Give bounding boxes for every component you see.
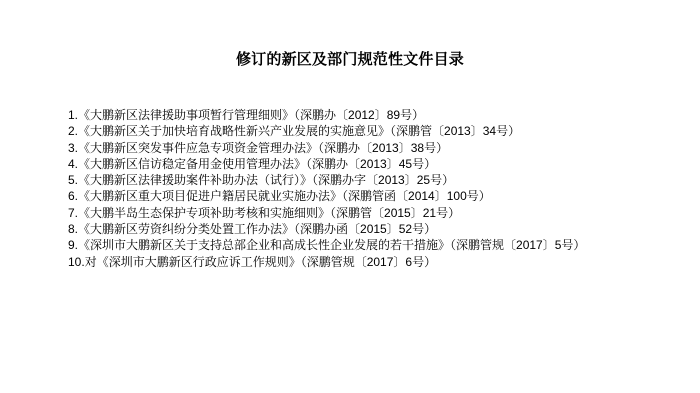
item-number: 3. [68,141,78,155]
item-doc-number: （深鹏办〔2012〕89号） [294,108,424,122]
item-number: 10. [68,255,85,269]
document-list: 1.《大鹏新区法律援助事项暂行管理细则》（深鹏办〔2012〕89号） 2.《大鹏… [0,107,700,270]
item-number: 1. [68,108,78,122]
item-doc-number: （深鹏管规〔2017〕5号） [450,238,585,252]
item-number: 5. [68,173,78,187]
item-doc-number: （深鹏办字〔2013〕25号） [312,173,454,187]
item-title: 《大鹏新区突发事件应急专项资金管理办法》 [78,141,318,155]
list-item: 7.《大鹏半岛生态保护专项补助考核和实施细则》（深鹏管〔2015〕21号） [68,205,680,221]
item-title: 《大鹏新区重大项目促进户籍居民就业实施办法》 [78,189,342,203]
item-number: 4. [68,157,78,171]
item-title: 《大鹏半岛生态保护专项补助考核和实施细则》 [78,206,330,220]
item-title: 《大鹏新区法律援助事项暂行管理细则》 [78,108,294,122]
item-number: 6. [68,189,78,203]
list-item: 1.《大鹏新区法律援助事项暂行管理细则》（深鹏办〔2012〕89号） [68,107,680,123]
item-doc-number: （深鹏管〔2015〕21号） [330,206,460,220]
document-page: 修订的新区及部门规范性文件目录 1.《大鹏新区法律援助事项暂行管理细则》（深鹏办… [0,0,700,393]
list-item: 10.对《深圳市大鹏新区行政应诉工作规则》（深鹏管规〔2017〕6号） [68,254,680,270]
item-doc-number: （深鹏管〔2013〕34号） [390,124,520,138]
list-item: 4.《大鹏新区信访稳定备用金使用管理办法》（深鹏办〔2013〕45号） [68,156,680,172]
list-item: 6.《大鹏新区重大项目促进户籍居民就业实施办法》（深鹏管函〔2014〕100号） [68,188,680,204]
list-item: 9.《深圳市大鹏新区关于支持总部企业和高成长性企业发展的若干措施》（深鹏管规〔2… [68,237,680,253]
list-item: 2.《大鹏新区关于加快培育战略性新兴产业发展的实施意见》（深鹏管〔2013〕34… [68,123,680,139]
item-number: 9. [68,238,78,252]
item-title: 《深圳市大鹏新区关于支持总部企业和高成长性企业发展的若干措施》 [78,238,450,252]
item-number: 2. [68,124,78,138]
item-doc-number: （深鹏管规〔2017〕6号） [301,255,436,269]
item-doc-number: （深鹏办〔2013〕45号） [306,157,436,171]
list-item: 8.《大鹏新区劳资纠纷分类处置工作办法》（深鹏办函〔2015〕52号） [68,221,680,237]
item-doc-number: （深鹏办〔2013〕38号） [318,141,448,155]
item-title: 《大鹏新区法律援助案件补助办法（试行）》 [78,173,312,187]
item-title: 《大鹏新区劳资纠纷分类处置工作办法》 [78,222,294,236]
page-title: 修订的新区及部门规范性文件目录 [0,0,700,68]
item-title: 对《深圳市大鹏新区行政应诉工作规则》 [85,255,301,269]
item-title: 《大鹏新区信访稳定备用金使用管理办法》 [78,157,306,171]
item-doc-number: （深鹏办函〔2015〕52号） [294,222,436,236]
list-item: 3.《大鹏新区突发事件应急专项资金管理办法》（深鹏办〔2013〕38号） [68,140,680,156]
item-title: 《大鹏新区关于加快培育战略性新兴产业发展的实施意见》 [78,124,390,138]
item-number: 8. [68,222,78,236]
list-item: 5.《大鹏新区法律援助案件补助办法（试行）》（深鹏办字〔2013〕25号） [68,172,680,188]
item-number: 7. [68,206,78,220]
item-doc-number: （深鹏管函〔2014〕100号） [342,189,491,203]
